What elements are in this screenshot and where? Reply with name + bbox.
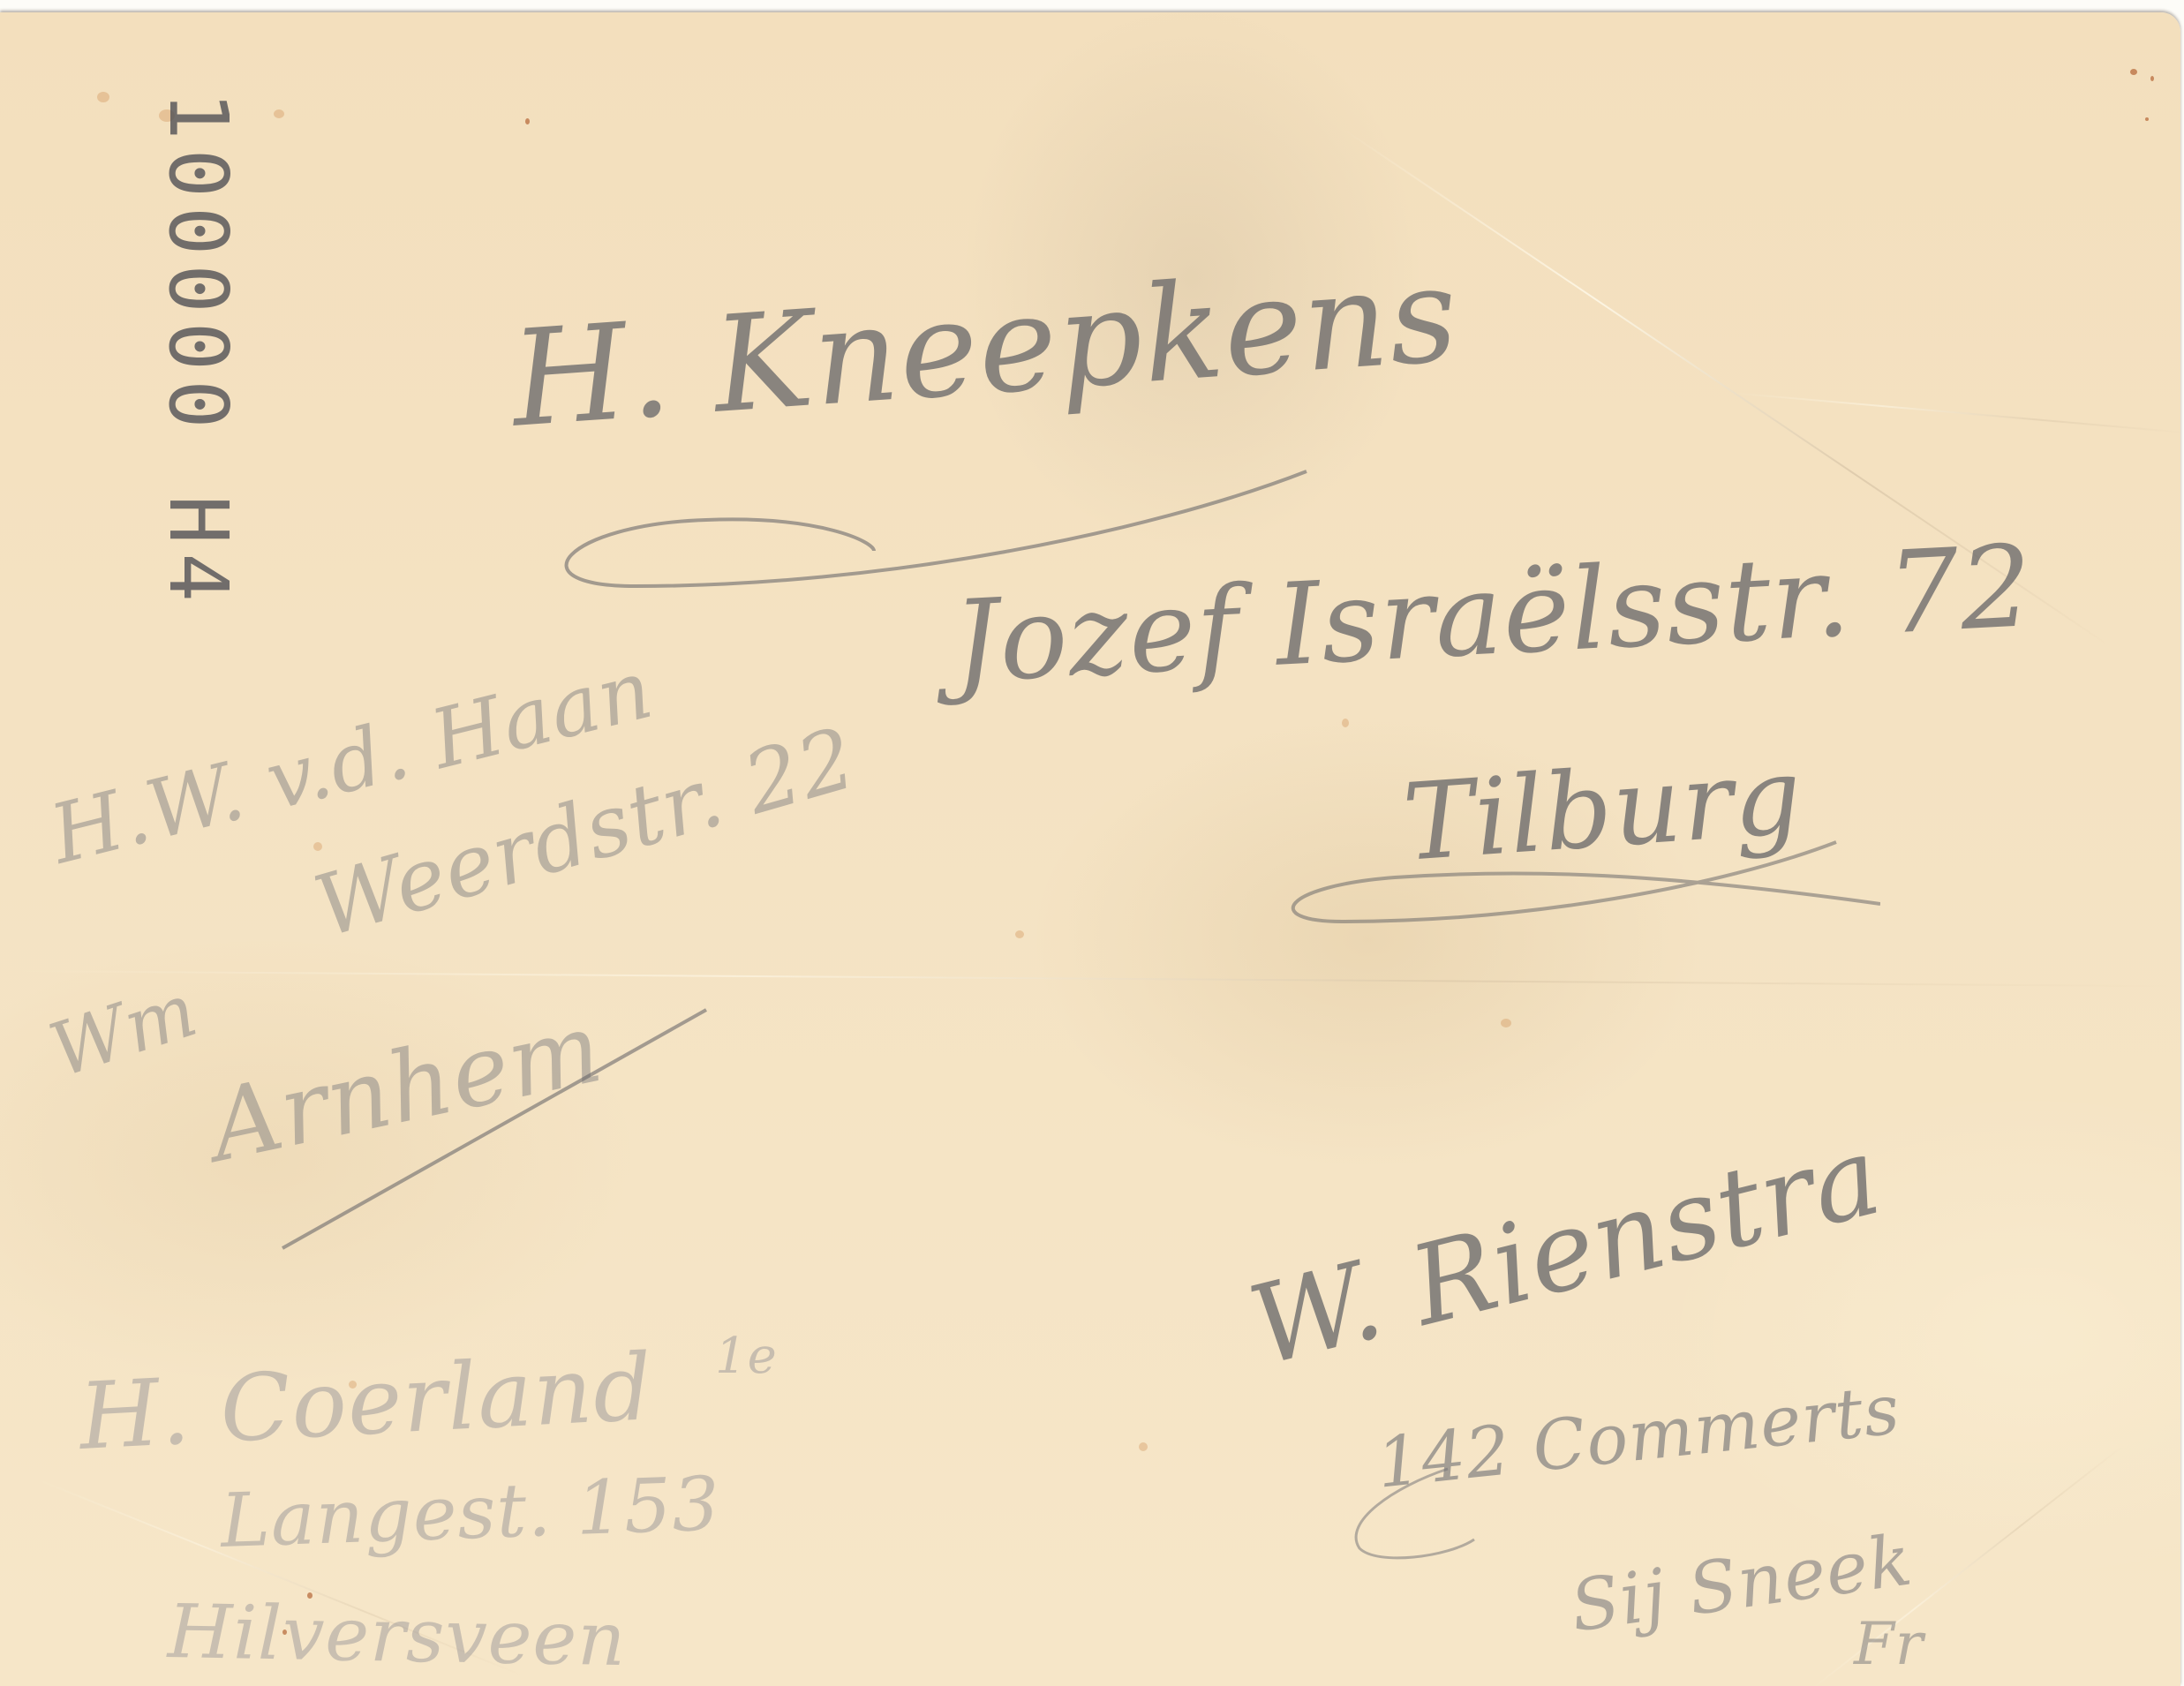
foxing-spot — [1139, 1442, 1148, 1451]
foxing-spot — [97, 92, 109, 102]
entry-street: Jozef Israëlsstr. 72 — [950, 521, 2036, 709]
entry-name: H. Coerland — [77, 1333, 656, 1471]
entry-street: Langest. 153 — [219, 1460, 721, 1564]
foxing-spot — [2145, 117, 2149, 121]
foxing-spot — [1015, 930, 1024, 938]
foxing-spot — [1501, 1019, 1511, 1027]
foxing-spot — [274, 109, 284, 118]
entry-name: H. Kneepkens — [507, 237, 1463, 456]
paper-crease — [1730, 392, 2180, 433]
foxing-spot — [1342, 719, 1349, 727]
entry-extra: Wm — [40, 966, 207, 1094]
entry-city: Tilburg — [1399, 735, 1806, 885]
entry-extra: 1e — [715, 1328, 778, 1385]
scan-canvas: 100000 H4 H. Kneepkens Jozef Israëlsstr.… — [0, 0, 2184, 1686]
entry-extra: Fr — [1854, 1610, 1924, 1678]
foxing-spot — [313, 842, 322, 851]
archive-number: 100000 H4 — [151, 91, 245, 611]
foxing-spot — [2130, 69, 2137, 75]
entry-name: W. Rienstra — [1239, 1112, 1894, 1391]
entry-city: Hilversveen — [167, 1588, 627, 1682]
postcard: 100000 H4 H. Kneepkens Jozef Israëlsstr.… — [0, 12, 2180, 1686]
entry-street: 142 Commerts — [1373, 1370, 1903, 1504]
foxing-spot — [525, 118, 530, 124]
paper-crease — [0, 970, 2180, 987]
foxing-spot — [2150, 76, 2154, 81]
entry-city: Arnhem — [200, 990, 612, 1184]
